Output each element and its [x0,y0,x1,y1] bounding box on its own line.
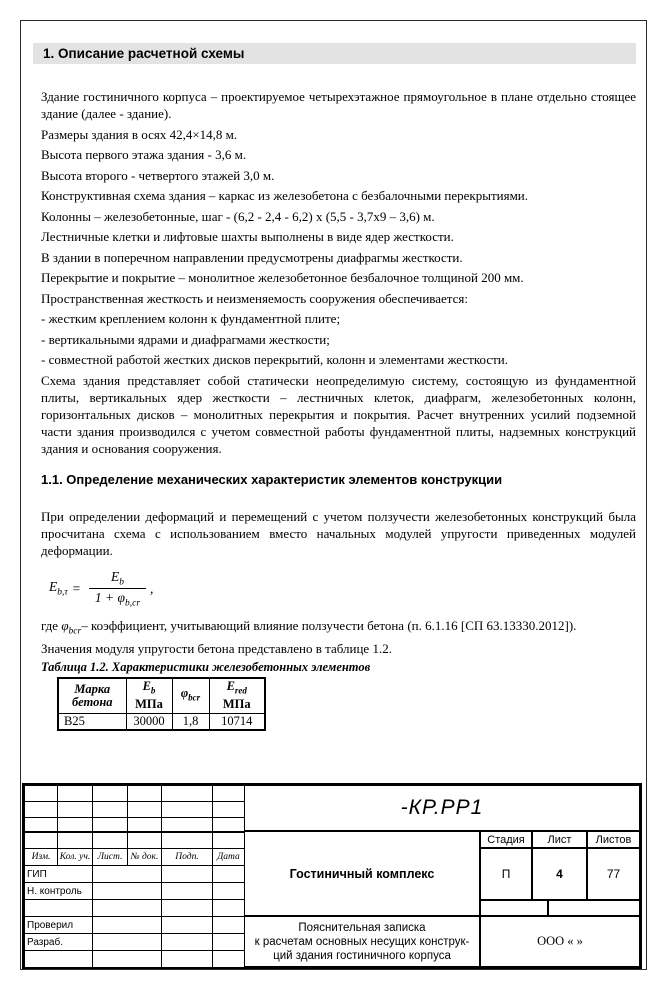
phi-symbol: φbcr [61,618,81,633]
titleblock-role-row: Н. контроль [25,883,245,900]
cell-eb: 30000 [126,713,172,730]
gost-title-block: Изм. Кол. уч. Лист. № док. Подп. Дата ГИ… [22,783,642,969]
role-n-kontrol: Н. контроль [25,883,93,900]
body-paragraph: Пространственная жесткость и неизменяемо… [41,290,636,307]
col-izm: Изм. [25,849,58,866]
company-name: ООО « » [480,916,640,967]
titleblock-role-row: ГИП [25,866,245,883]
formula-lhs: Eb,τ [49,579,68,598]
titleblock-role-row: Проверил [25,917,245,934]
stage-value: П [480,848,532,900]
revision-header-row: Изм. Кол. уч. Лист. № док. Подп. Дата [25,849,245,866]
body-paragraph: Лестничные клетки и лифтовые шахты выпол… [41,228,636,245]
document-page: 1. Описание расчетной схемы Здание гости… [0,0,666,990]
titleblock-role-row [25,951,245,968]
sheet-header: Лист [532,831,587,848]
sheet-value: 4 [532,848,587,900]
col-header-phi: φbcr [172,678,209,713]
formula-denominator: 1 + φb,cr [89,588,146,609]
table-header-row: Маркабетона EbМПа φbcr EredМПа [58,678,265,713]
revision-empty-row [25,802,245,818]
list-item-paragraph: - вертикальными ядрами и диафрагмами жес… [41,331,636,348]
col-podp: Подп. [162,849,213,866]
values-note: Значения модуля упругости бетона предста… [41,640,636,657]
titleblock-role-row [25,900,245,917]
table-caption: Таблица 1.2. Характеристики железобетонн… [41,660,636,675]
revision-empty-row [25,832,245,849]
col-header-concrete-grade: Маркабетона [58,678,126,713]
body-paragraph: Здание гостиничного корпуса – проектируе… [41,88,636,122]
body-paragraph: Высота второго - четвертого этажей 3,0 м… [41,167,636,184]
cell-grade: В25 [58,713,126,730]
formula-tail: , [150,581,153,597]
col-no-dok: № док. [128,849,162,866]
section-1-heading: 1. Описание расчетной схемы [33,43,636,64]
body-paragraph: Высота первого этажа здания - 3,6 м. [41,146,636,163]
titleblock-empty-cell [480,900,548,916]
role-proveril: Проверил [25,917,93,934]
titleblock-empty-cell [548,900,640,916]
revision-empty-row [25,786,245,802]
elasticity-formula: Eb,τ = Eb 1 + φb,cr , [49,569,636,609]
formula-fraction: Eb 1 + φb,cr [89,569,146,609]
role-gip: ГИП [25,866,93,883]
cell-ered: 10714 [209,713,265,730]
where-clause: где φbcr– коэффициент, учитывающий влиян… [41,617,636,641]
list-item-paragraph: - жестким креплением колонн к фундаментн… [41,310,636,327]
role-razrab: Разраб. [25,934,93,951]
project-name: Гостиничный комплекс [244,831,480,916]
body-paragraph: Схема здания представляет собой статичес… [41,372,636,457]
page-content: 1. Описание расчетной схемы Здание гости… [41,38,636,731]
body-paragraph: Размеры здания в осях 42,4×14,8 м. [41,126,636,143]
sheets-value: 77 [587,848,640,900]
col-kol-uch: Кол. уч. [58,849,93,866]
col-list: Лист. [93,849,128,866]
document-title: Пояснительная запискак расчетам основных… [244,916,480,967]
col-header-eb: EbМПа [126,678,172,713]
section-1-1-heading: 1.1. Определение механических характерис… [41,472,636,487]
stage-header: Стадия [480,831,532,848]
cell-phi: 1,8 [172,713,209,730]
concrete-properties-table: Маркабетона EbМПа φbcr EredМПа В25 30000… [57,677,266,731]
body-paragraph: Перекрытие и покрытие – монолитное желез… [41,269,636,286]
formula-numerator: Eb [101,569,134,589]
section-1-body: Здание гостиничного корпуса – проектируе… [41,88,636,457]
formula-equals: = [72,581,81,597]
body-paragraph: Колонны – железобетонные, шаг - (6,2 - 2… [41,208,636,225]
body-paragraph: При определении деформаций и перемещений… [41,508,636,559]
document-code: -КР.РР1 [244,785,640,831]
col-data: Дата [213,849,245,866]
body-paragraph: В здании в поперечном направлении предус… [41,249,636,266]
list-item-paragraph: - совместной работой жестких дисков пере… [41,351,636,368]
revision-table: Изм. Кол. уч. Лист. № док. Подп. Дата ГИ… [24,785,245,968]
table-row: В25 30000 1,8 10714 [58,713,265,730]
body-paragraph: Конструктивная схема здания – каркас из … [41,187,636,204]
col-header-ered: EredМПа [209,678,265,713]
titleblock-role-row: Разраб. [25,934,245,951]
sheets-header: Листов [587,831,640,848]
revision-empty-row [25,818,245,832]
